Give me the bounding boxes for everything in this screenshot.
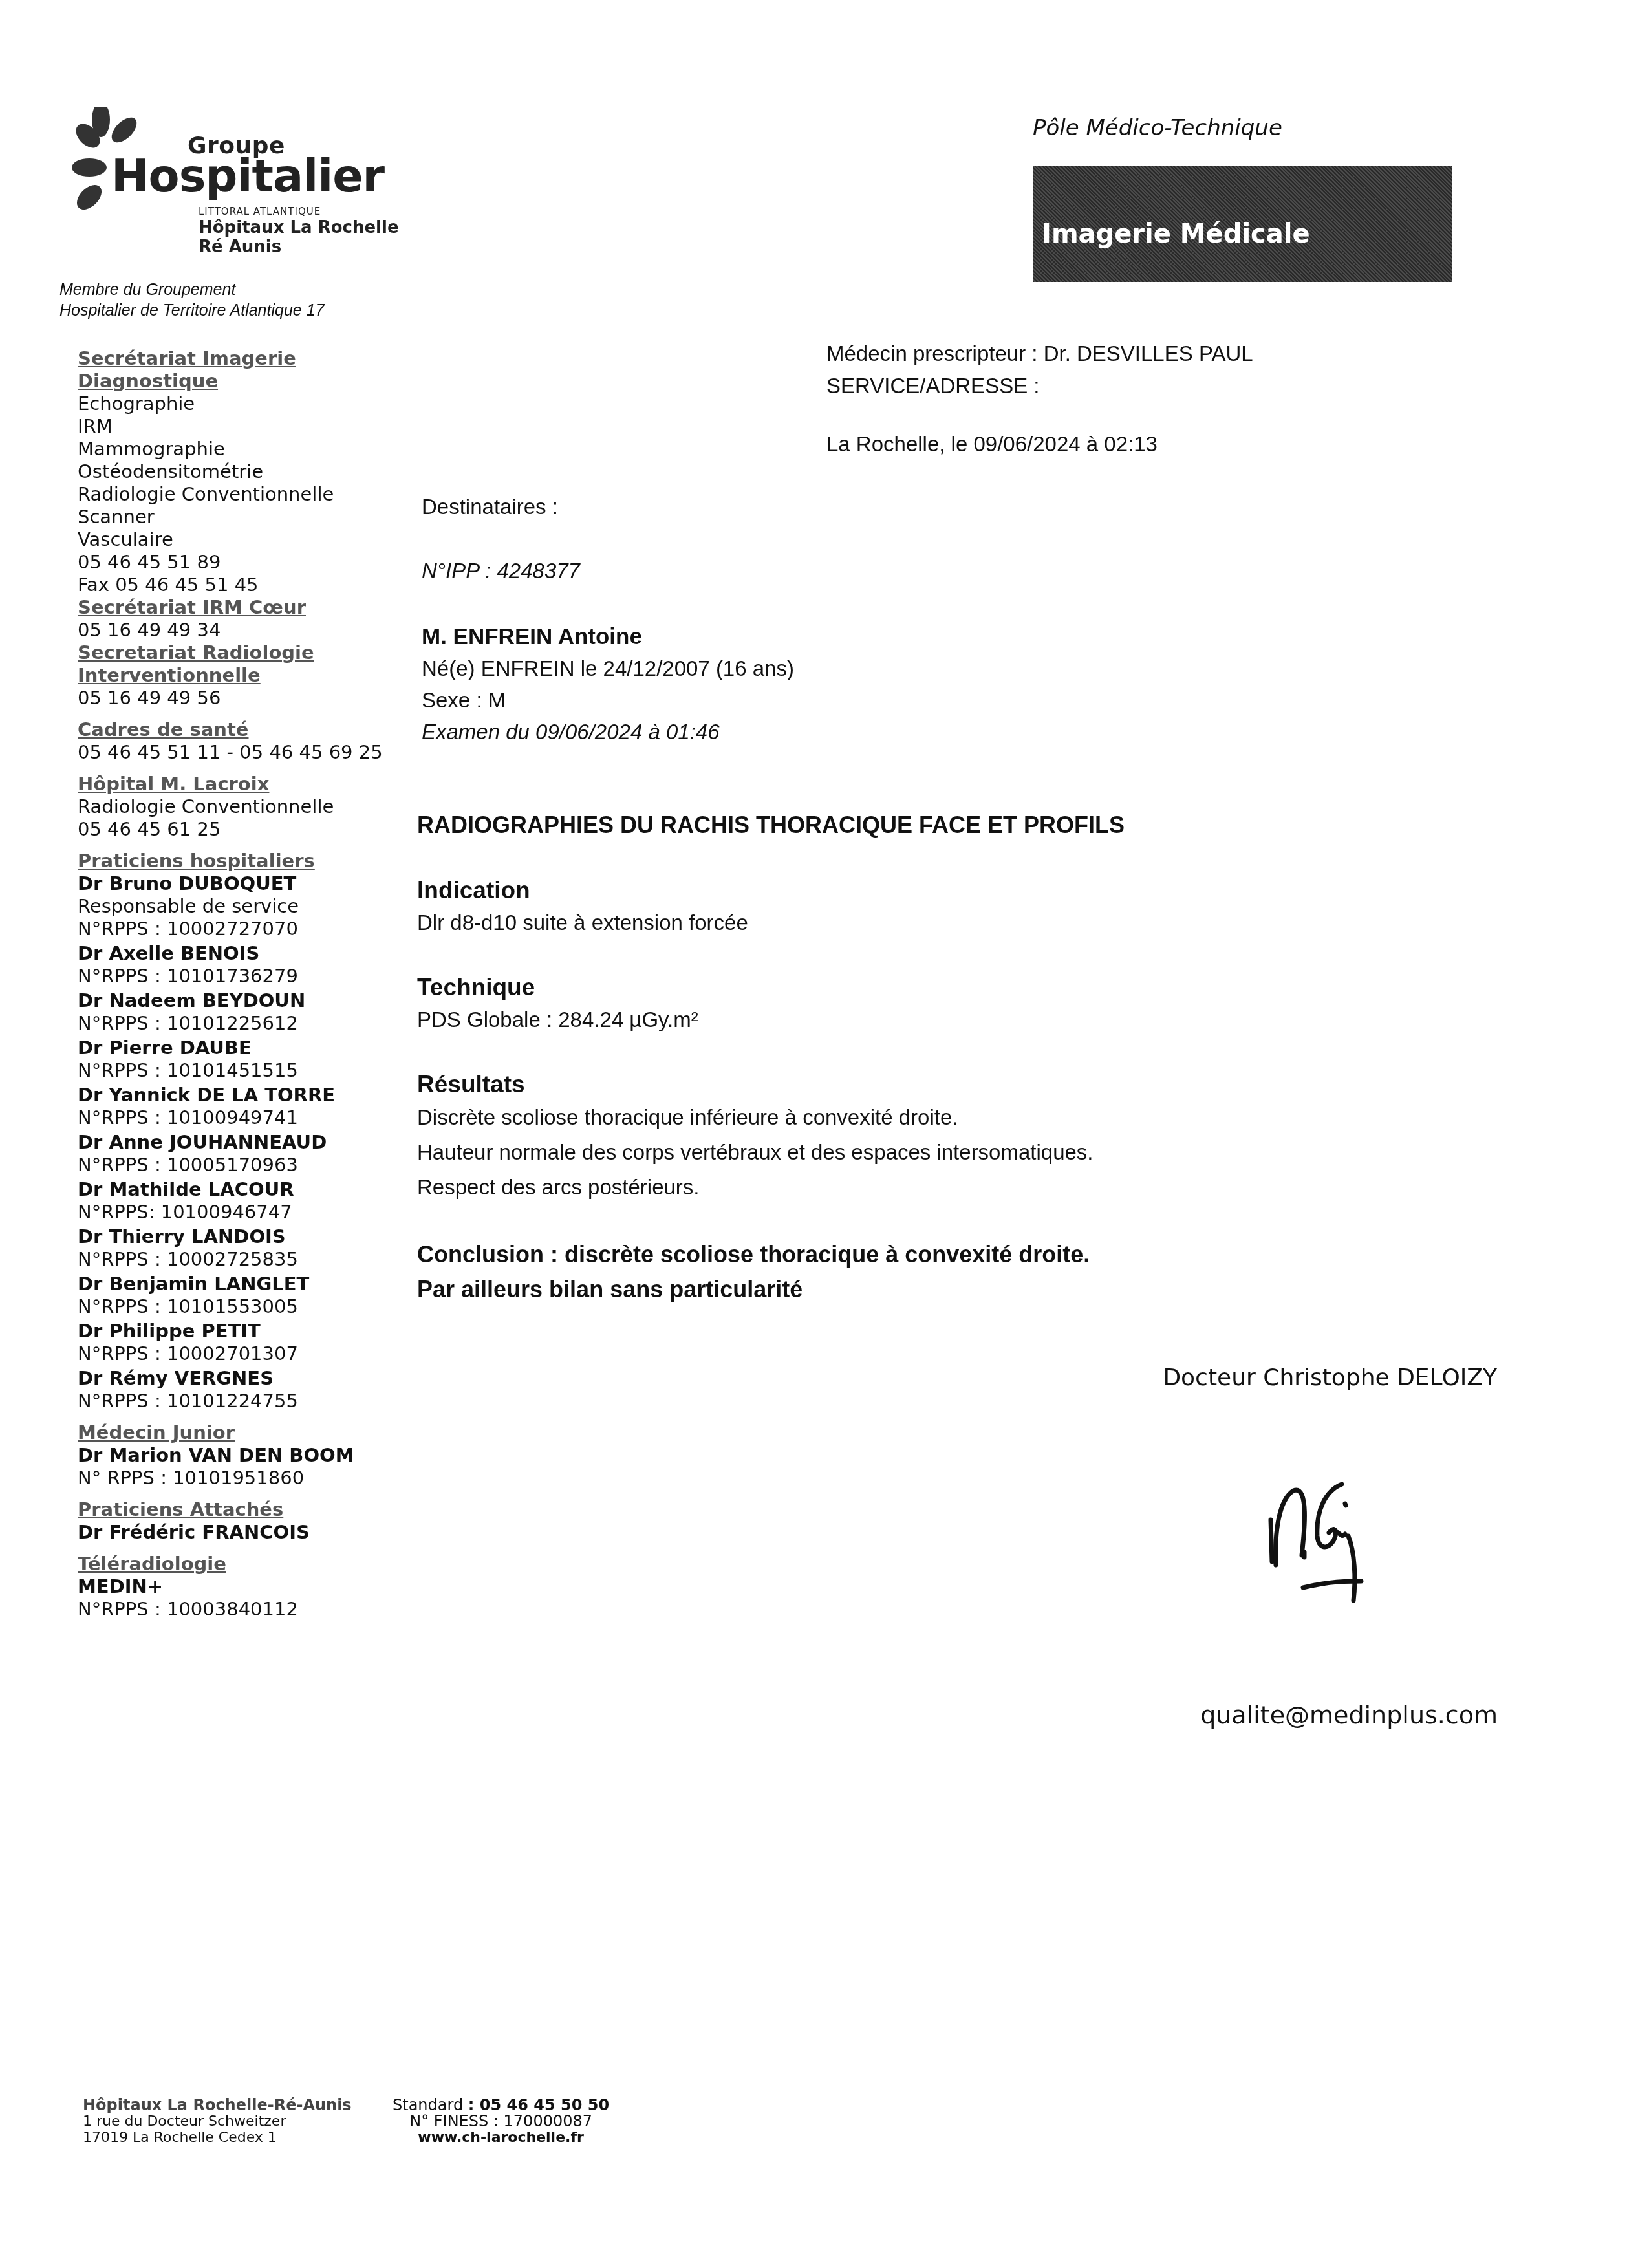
service-item: Scanner [78,506,401,528]
result-line: Hauteur normale des corps vertébraux et … [417,1135,1516,1170]
doctor-rpps: N° RPPS : 10101951860 [78,1467,401,1489]
doctor-name: Dr Yannick DE LA TORRE [78,1084,401,1107]
doctor-name: Dr Thierry LANDOIS [78,1226,401,1248]
section-heading: Praticiens hospitaliers [78,850,401,872]
doctor-name: Dr Rémy VERGNES [78,1367,401,1390]
footer-address1: 1 rue du Docteur Schweitzer [83,2113,352,2130]
section-cadres: Cadres de santé 05 46 45 51 11 - 05 46 4… [78,718,401,764]
section-heading: Diagnostique [78,370,401,393]
service-item: Radiologie Conventionnelle [78,483,401,506]
recipients-label: Destinataires : [422,495,558,519]
doctor-entry: Dr Yannick DE LA TORREN°RPPS : 101009497… [78,1084,401,1129]
report-title: RADIOGRAPHIES DU RACHIS THORACIQUE FACE … [417,812,1516,839]
section-heading: Secretariat Radiologie [78,642,401,664]
logo-hospitalier-text: Hospitalier [111,153,384,199]
footer-contact: Standard : 05 46 45 50 50 N° FINESS : 17… [393,2097,609,2146]
section-heading: Praticiens Attachés [78,1498,401,1521]
standard-label: Standard [393,2096,468,2114]
doctor-name: Dr Marion VAN DEN BOOM [78,1444,401,1467]
provider-name: MEDIN+ [78,1575,401,1598]
signer-name: Docteur Christophe DELOIZY [1163,1365,1497,1391]
phone-number: 05 46 45 61 25 [78,818,401,841]
section-medecin-junior: Médecin Junior Dr Marion VAN DEN BOOM N°… [78,1421,401,1489]
phone-number: 05 46 45 51 89 [78,551,401,574]
sidebar-contacts: Secrétariat Imagerie Diagnostique Echogr… [78,347,401,1621]
doctor-entry: Dr Pierre DAUBEN°RPPS : 10101451515 [78,1037,401,1082]
logo-hopitaux-line2: Ré Aunis [199,237,399,257]
section-heading: Secrétariat IRM Cœur [78,596,401,619]
service-item: IRM [78,415,401,438]
section-heading: Cadres de santé [78,718,401,741]
logo-littoral-text: LITTORAL ATLANTIQUE [199,206,321,217]
doctor-rpps: N°RPPS : 10101224755 [78,1390,401,1412]
logo-hopitaux-text: Hôpitaux La Rochelle Ré Aunis [199,218,399,257]
results-list: Discrète scoliose thoracique inférieure … [417,1100,1516,1205]
prescriber: Médecin prescripteur : Dr. DESVILLES PAU… [826,338,1253,370]
report-date: La Rochelle, le 09/06/2024 à 02:13 [826,432,1158,457]
prescriber-block: Médecin prescripteur : Dr. DESVILLES PAU… [826,338,1253,402]
technique-heading: Technique [417,972,1516,1003]
section-heading: Secrétariat Imagerie [78,347,401,370]
service-item: Mammographie [78,438,401,460]
doctor-rpps: N°RPPS: 10100946747 [78,1201,401,1224]
section-heading: Médecin Junior [78,1421,401,1444]
fax-number: Fax 05 46 45 51 45 [78,574,401,596]
logo-hopitaux-line1: Hôpitaux La Rochelle [199,218,399,237]
standard-phone: : 05 46 45 50 50 [468,2096,609,2114]
footer-address2: 17019 La Rochelle Cedex 1 [83,2130,352,2146]
section-teleradiologie: Téléradiologie MEDIN+ N°RPPS : 100038401… [78,1553,401,1621]
doctor-rpps: N°RPPS : 10101451515 [78,1059,401,1082]
doctor-rpps: N°RPPS : 10002727070 [78,918,401,940]
patient-info: M. ENFREIN Antoine Né(e) ENFREIN le 24/1… [422,621,794,748]
patient-name: M. ENFREIN Antoine [422,621,794,653]
service-item: Ostéodensitométrie [78,460,401,483]
service-name: Radiologie Conventionnelle [78,795,401,818]
doctor-entry: Dr Anne JOUHANNEAUDN°RPPS : 10005170963 [78,1131,401,1176]
doctor-rpps: N°RPPS : 10002701307 [78,1343,401,1365]
finess-number: N° FINESS : 170000087 [393,2113,609,2130]
department-name: Imagerie Médicale [1042,219,1310,249]
phone-number: 05 16 49 49 56 [78,687,401,709]
conclusion-line1: Conclusion : discrète scoliose thoraciqu… [417,1237,1516,1272]
conclusion-line2: Par ailleurs bilan sans particularité [417,1272,1516,1307]
section-secretariat-radiologie: Secretariat Radiologie Interventionnelle… [78,642,401,709]
contact-email[interactable]: qualite@medinplus.com [1200,1701,1498,1729]
doctor-name: Dr Frédéric FRANCOIS [78,1521,401,1544]
doctor-list: Dr Bruno DUBOQUETResponsable de serviceN… [78,872,401,1412]
doctor-entry: Dr Philippe PETITN°RPPS : 10002701307 [78,1320,401,1365]
results-heading: Résultats [417,1069,1516,1100]
doctor-rpps: N°RPPS : 10002725835 [78,1248,401,1271]
section-heading: Téléradiologie [78,1553,401,1575]
section-praticiens-hospitaliers: Praticiens hospitaliers Dr Bruno DUBOQUE… [78,850,401,1412]
footer-org: Hôpitaux La Rochelle-Ré-Aunis [83,2097,352,2113]
doctor-name: Dr Benjamin LANGLET [78,1273,401,1295]
doctor-rpps: N°RPPS : 10005170963 [78,1154,401,1176]
patient-birth: Né(e) ENFREIN le 24/12/2007 (16 ans) [422,653,794,684]
service-address: SERVICE/ADRESSE : [826,370,1253,402]
doctor-role: Responsable de service [78,895,401,918]
patient-sex: Sexe : M [422,684,794,716]
doctor-entry: Dr Mathilde LACOURN°RPPS: 10100946747 [78,1178,401,1224]
doctor-entry: Dr Thierry LANDOISN°RPPS : 10002725835 [78,1226,401,1271]
handwritten-signature-icon [1264,1481,1394,1617]
doctor-name: Dr Bruno DUBOQUET [78,872,401,895]
provider-rpps: N°RPPS : 10003840112 [78,1598,401,1621]
doctor-entry: Dr Axelle BENOISN°RPPS : 10101736279 [78,942,401,988]
doctor-name: Dr Philippe PETIT [78,1320,401,1343]
doctor-entry: Dr Benjamin LANGLETN°RPPS : 10101553005 [78,1273,401,1318]
membre-groupement: Membre du Groupement Hospitalier de Terr… [59,279,325,321]
section-secretariat-imagerie: Secrétariat Imagerie Diagnostique Echogr… [78,347,401,596]
section-praticiens-attaches: Praticiens Attachés Dr Frédéric FRANCOIS [78,1498,401,1544]
doctor-name: Dr Anne JOUHANNEAUD [78,1131,401,1154]
doctor-rpps: N°RPPS : 10101553005 [78,1295,401,1318]
report-body: RADIOGRAPHIES DU RACHIS THORACIQUE FACE … [417,812,1516,1307]
indication-text: Dlr d8-d10 suite à extension forcée [417,906,1516,940]
section-lacroix: Hôpital M. Lacroix Radiologie Convention… [78,773,401,841]
indication-heading: Indication [417,875,1516,906]
service-item: Vasculaire [78,528,401,551]
doctor-entry: Dr Rémy VERGNESN°RPPS : 10101224755 [78,1367,401,1412]
doctor-entry: Dr Nadeem BEYDOUNN°RPPS : 10101225612 [78,989,401,1035]
phone-number: 05 46 45 51 11 - 05 46 45 69 25 [78,741,401,764]
technique-text: PDS Globale : 284.24 µGy.m² [417,1003,1516,1037]
section-heading: Interventionnelle [78,664,401,687]
patient-ipp: N°IPP : 4248377 [422,559,580,583]
result-line: Discrète scoliose thoracique inférieure … [417,1100,1516,1135]
membre-line1: Membre du Groupement [59,279,325,300]
result-line: Respect des arcs postérieurs. [417,1170,1516,1205]
department-banner: Imagerie Médicale [1033,166,1452,282]
section-secretariat-irm: Secrétariat IRM Cœur 05 16 49 49 34 [78,596,401,642]
doctor-rpps: N°RPPS : 10101225612 [78,1012,401,1035]
doctor-rpps: N°RPPS : 10101736279 [78,965,401,988]
service-item: Echographie [78,393,401,415]
pole-title: Pôle Médico-Technique [1033,115,1282,141]
footer-address: Hôpitaux La Rochelle-Ré-Aunis 1 rue du D… [83,2097,352,2146]
section-heading: Hôpital M. Lacroix [78,773,401,795]
doctor-name: Dr Pierre DAUBE [78,1037,401,1059]
exam-date: Examen du 09/06/2024 à 01:46 [422,716,794,748]
service-list: EchographieIRMMammographieOstéodensitomé… [78,393,401,551]
doctor-rpps: N°RPPS : 10100949741 [78,1107,401,1129]
hospital-logo: Groupe Hospitalier LITTORAL ATLANTIQUE H… [65,107,427,262]
membre-line2: Hospitalier de Territoire Atlantique 17 [59,300,325,321]
phone-number: 05 16 49 49 34 [78,619,401,642]
doctor-name: Dr Nadeem BEYDOUN [78,989,401,1012]
doctor-entry: Dr Bruno DUBOQUETResponsable de serviceN… [78,872,401,940]
doctor-name: Dr Mathilde LACOUR [78,1178,401,1201]
website-link[interactable]: www.ch-larochelle.fr [393,2130,609,2146]
doctor-name: Dr Axelle BENOIS [78,942,401,965]
